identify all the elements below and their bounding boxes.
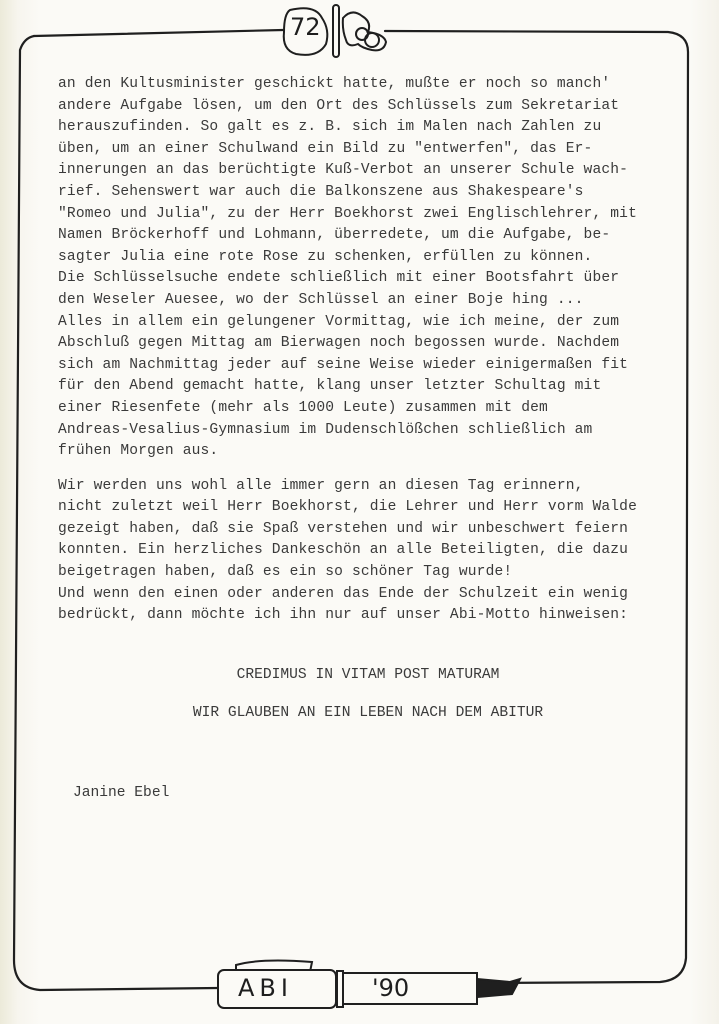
text-line: rief. Sehenswert war auch die Balkonszen… [58,182,678,204]
text-line: herauszufinden. So galt es z. B. sich im… [58,117,678,139]
motto-latin: CREDIMUS IN VITAM POST MATURAM [58,667,678,683]
text-line: Abschluß gegen Mittag am Bierwagen noch … [58,333,678,355]
text-line: Namen Bröckerhoff und Lohmann, überredet… [58,225,678,247]
text-line: konnten. Ein herzliches Dankeschön an al… [58,540,678,562]
text-line: sich am Nachmittag jeder auf seine Weise… [58,355,678,377]
article-body: an den Kultusminister geschickt hatte, m… [58,74,678,627]
motto-german: WIR GLAUBEN AN EIN LEBEN NACH DEM ABITUR [58,705,678,721]
text-line: "Romeo und Julia", zu der Herr Boekhorst… [58,204,678,226]
text-line: Und wenn den einen oder anderen das Ende… [58,584,678,606]
text-line: bedrückt, dann möchte ich ihn nur auf un… [58,605,678,627]
text-line: Wir werden uns wohl alle immer gern an d… [58,476,678,498]
text-line: einer Riesenfete (mehr als 1000 Leute) z… [58,398,678,420]
text-line: innerungen an das berüchtigte Kuß-Verbot… [58,160,678,182]
text-line: andere Aufgabe lösen, um den Ort des Sch… [58,96,678,118]
footer-abi-label: ABI [238,974,293,1002]
text-line: nicht zuletzt weil Herr Boekhorst, die L… [58,497,678,519]
text-line: gezeigt haben, daß sie Spaß verstehen un… [58,519,678,541]
footer-year-label: '90 [372,974,409,1002]
page-number: 72 [290,13,321,41]
text-line: Alles in allem ein gelungener Vormittag,… [58,312,678,334]
text-line: Die Schlüsselsuche endete schließlich mi… [58,268,678,290]
text-line: beigetragen haben, daß es ein so schöner… [58,562,678,584]
text-line: Andreas-Vesalius-Gymnasium im Dudenschlö… [58,420,678,442]
text-line: für den Abend gemacht hatte, klang unser… [58,376,678,398]
text-line: den Weseler Auesee, wo der Schlüssel an … [58,290,678,312]
author-signature: Janine Ebel [73,785,169,801]
text-line: üben, um an einer Schulwand ein Bild zu … [58,139,678,161]
text-line: frühen Morgen aus. [58,441,678,463]
text-line: an den Kultusminister geschickt hatte, m… [58,74,678,96]
text-line: sagter Julia eine rote Rose zu schenken,… [58,247,678,269]
paragraph-1: an den Kultusminister geschickt hatte, m… [58,74,678,463]
paragraph-2: Wir werden uns wohl alle immer gern an d… [58,476,678,627]
